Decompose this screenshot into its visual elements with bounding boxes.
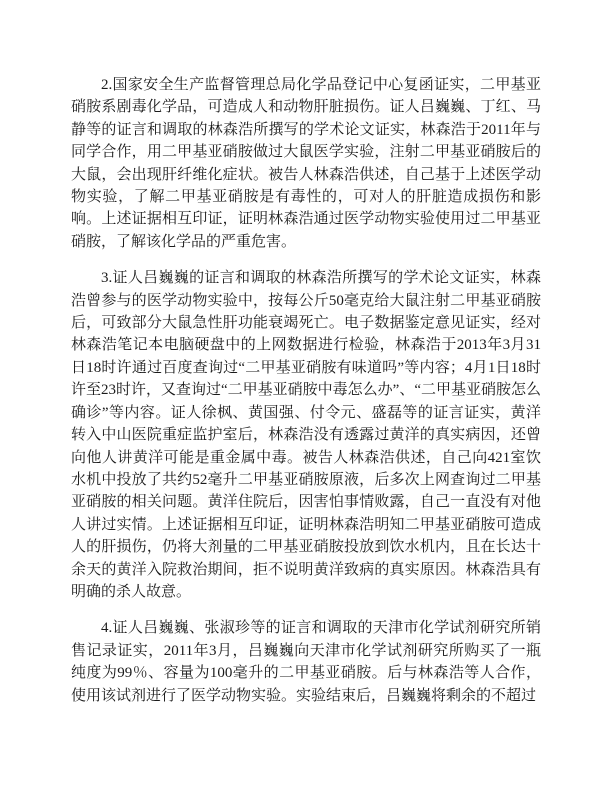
paragraph-evidence-4: 4.证人吕巍巍、张淑珍等的证言和调取的天津市化学试剂研究所销售记录证实，2011… [71,617,541,707]
document-page: 2.国家安全生产监督管理总局化学品登记中心复函证实，二甲基亚硝胺系剧毒化学品，可… [0,0,612,792]
paragraph-evidence-3: 3.证人吕巍巍的证言和调取的林森浩所撰写的学术论文证实，林森浩曾参与的医学动物实… [71,267,541,603]
paragraph-evidence-2: 2.国家安全生产监督管理总局化学品登记中心复函证实，二甲基亚硝胺系剧毒化学品，可… [71,74,541,253]
document-text-block: 2.国家安全生产监督管理总局化学品登记中心复函证实，二甲基亚硝胺系剧毒化学品，可… [71,74,541,707]
